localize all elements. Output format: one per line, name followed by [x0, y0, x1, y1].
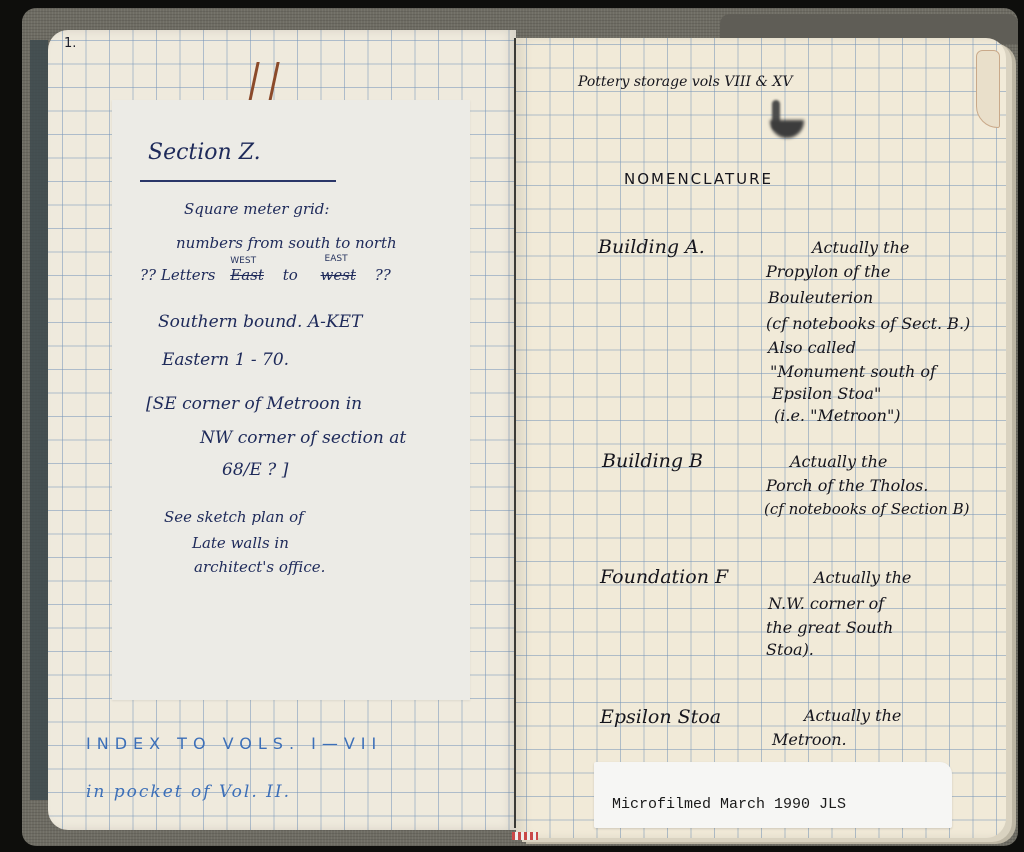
entry-desc-line: Also called	[768, 338, 856, 357]
card-line: Southern bound. A-KET	[158, 312, 362, 332]
entry-desc-line: Metroon.	[772, 730, 847, 749]
card-line: [SE corner of Metroon in	[146, 394, 362, 414]
entry-desc-line: (cf notebooks of Section B)	[764, 500, 969, 518]
entry-desc-line: Actually the	[812, 238, 909, 257]
card-line-suffix: ??	[375, 266, 391, 284]
card-title: Section Z.	[148, 140, 261, 165]
blue-pencil-pocket-note: in pocket of Vol. II.	[86, 782, 291, 802]
binding-stitch	[512, 832, 538, 840]
card-title-underline	[140, 180, 336, 182]
card-line: architect's office.	[194, 558, 325, 576]
card-line: NW corner of section at	[200, 428, 406, 448]
entry-desc-line: Actually the	[790, 452, 887, 471]
card-line: numbers from south to north	[176, 234, 397, 252]
card-line-prefix: ?? Letters	[140, 266, 216, 284]
card-line: Eastern 1 - 70.	[162, 350, 289, 370]
folded-page-corner	[976, 50, 1000, 128]
card-line-middle: to	[283, 266, 298, 284]
entry-desc-line: Actually the	[804, 706, 901, 725]
struck-word: East WEST	[230, 266, 268, 284]
card-line: Late walls in	[192, 534, 289, 552]
entry-term: Foundation F	[600, 566, 728, 588]
entry-term: Building A.	[598, 236, 705, 258]
card-line: See sketch plan of	[164, 508, 304, 526]
entry-desc-line: Stoa).	[766, 640, 814, 659]
entry-term: Building B	[602, 450, 703, 472]
entry-desc-line: (cf notebooks of Sect. B.)	[766, 314, 970, 333]
entry-term: Epsilon Stoa	[600, 706, 721, 728]
cover-spine-stain	[30, 40, 48, 800]
right-page-header: Pottery storage vols VIII & XV	[578, 74, 792, 90]
card-line: Square meter grid:	[184, 200, 329, 218]
entry-desc-line: Bouleuterion	[768, 288, 873, 307]
card-line-letters: ?? Letters East WEST to west EAST ??	[140, 266, 391, 284]
correction-text: WEST	[230, 256, 256, 266]
section-title: NOMENCLATURE	[624, 170, 773, 188]
microfilm-label: Microfilmed March 1990 JLS	[594, 762, 952, 828]
microfilm-label-text: Microfilmed March 1990 JLS	[612, 796, 846, 813]
correction-text: EAST	[325, 254, 348, 264]
entry-desc-line: N.W. corner of	[768, 594, 884, 613]
entry-desc-line: Epsilon Stoa"	[772, 384, 881, 403]
entry-desc-line: (i.e. "Metroon")	[774, 406, 901, 425]
entry-desc-line: "Monument south of	[770, 362, 936, 381]
struck-text: East	[230, 266, 264, 284]
entry-desc-line: the great South	[766, 618, 893, 637]
card-line: 68/E ? ]	[222, 460, 288, 480]
right-page	[516, 38, 1006, 838]
entry-desc-line: Propylon of the	[766, 262, 890, 281]
blue-pencil-index-note: INDEX TO VOLS. I—VII	[86, 734, 382, 753]
entry-desc-line: Porch of the Tholos.	[766, 476, 928, 495]
struck-text: west	[321, 266, 356, 284]
page-number: 1.	[64, 36, 76, 51]
ink-blot	[770, 100, 804, 140]
struck-word: west EAST	[321, 266, 361, 284]
entry-desc-line: Actually the	[814, 568, 911, 587]
